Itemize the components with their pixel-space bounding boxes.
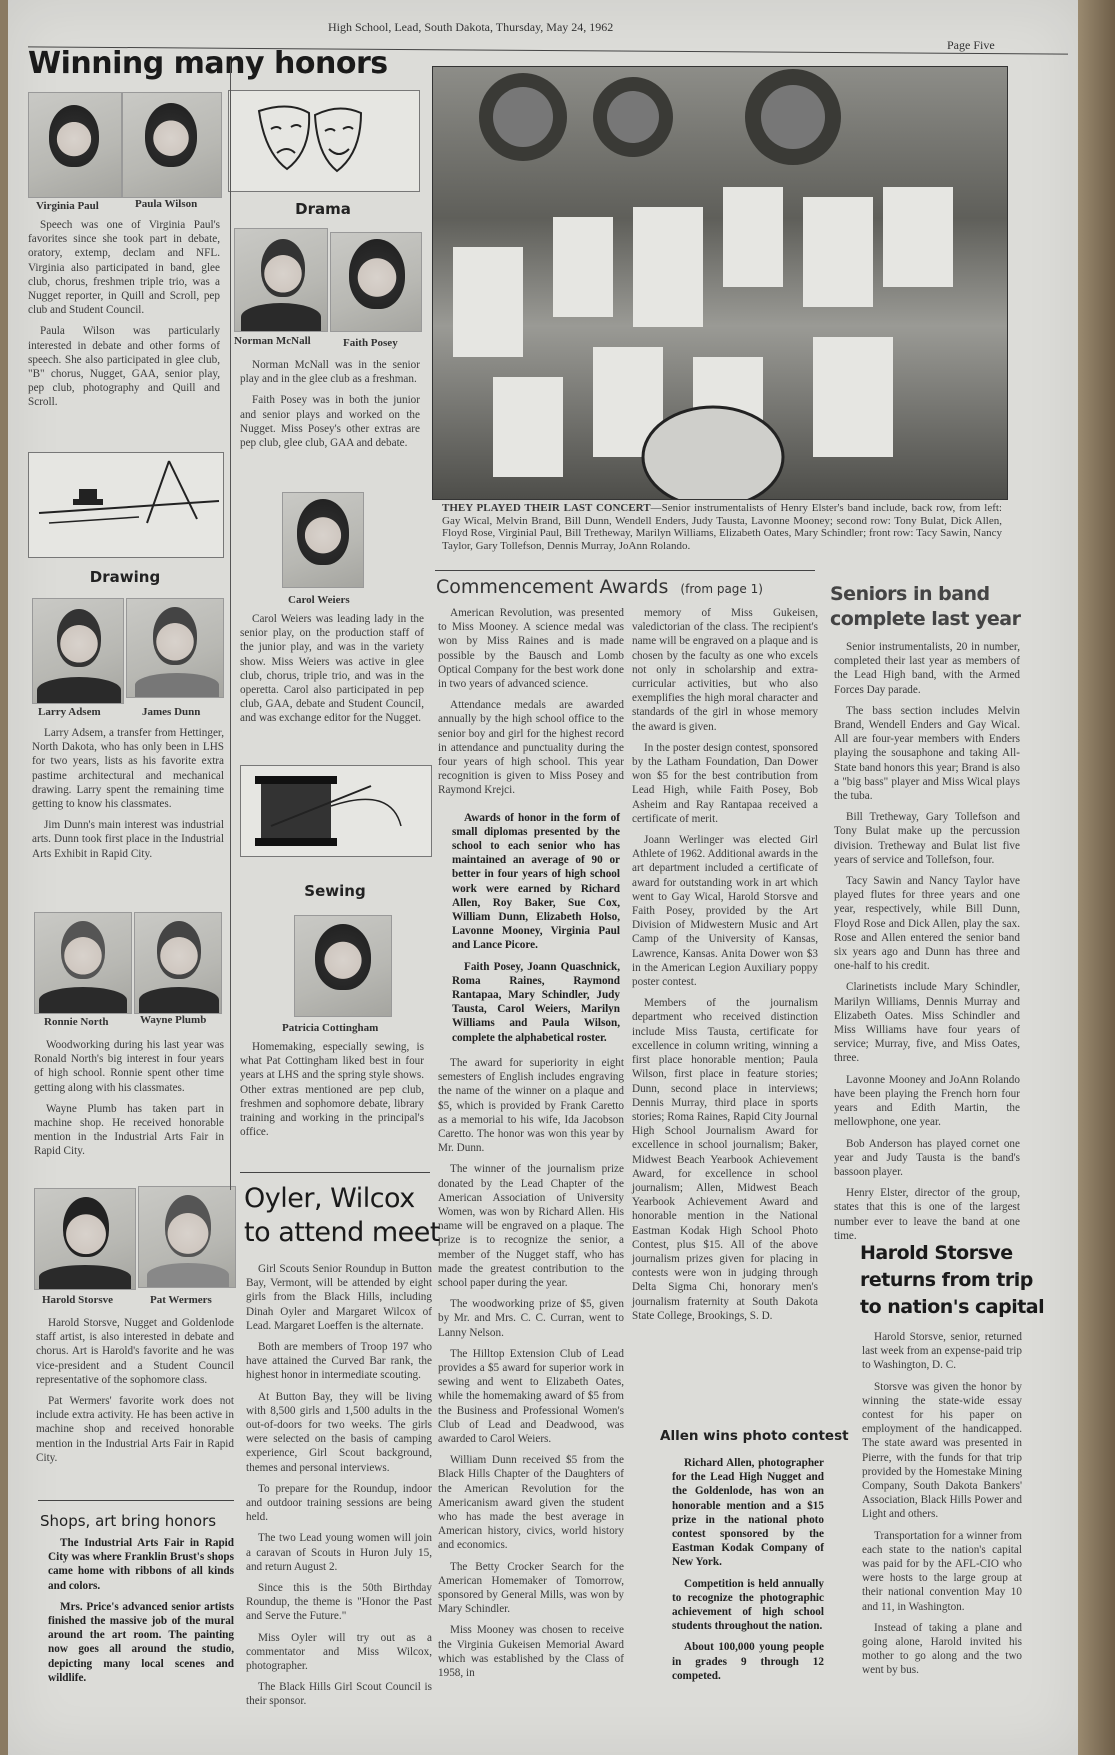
caption-james-dunn: James Dunn	[142, 706, 200, 718]
page-number: Page Five	[947, 38, 995, 53]
portrait-norman-mcnall	[234, 228, 328, 332]
portrait-pat-wermers	[138, 1186, 236, 1288]
caption-faith-posey: Faith Posey	[343, 337, 398, 349]
main-headline: Winning many honors	[28, 46, 388, 81]
seniors-band-article: Senior instrumentalists, 20 in number, c…	[834, 640, 1020, 1250]
portrait-harold-storsve	[34, 1188, 136, 1290]
caption-patricia-cottingham: Patricia Cottingham	[282, 1022, 378, 1034]
commencement-col2: memory of Miss Gukeisen, valedictorian o…	[632, 606, 818, 1330]
caption-wayne-plumb: Wayne Plumb	[140, 1014, 206, 1026]
spool-icon	[241, 766, 431, 856]
commencement-headline: Commencement Awards (from page 1)	[436, 576, 763, 598]
theater-masks-icon	[229, 91, 419, 191]
portrait-larry-adsem	[32, 598, 124, 704]
caption-harold-storsve: Harold Storsve	[42, 1294, 113, 1306]
drafting-tools-drawing	[28, 452, 224, 558]
dateline: High School, Lead, South Dakota, Thursda…	[328, 20, 613, 35]
shops-divider	[38, 1500, 234, 1501]
speech-article: Speech was one of Virginia Paul's favori…	[28, 218, 220, 417]
section-label-drawing: Drawing	[28, 568, 222, 586]
shops-article: The Industrial Arts Fair in Rapid City w…	[48, 1536, 234, 1692]
caption-virginia-paul: Virginia Paul	[36, 200, 99, 212]
carol-article: Carol Weiers was leading lady in the sen…	[240, 612, 424, 733]
portrait-ronnie-north	[34, 912, 132, 1014]
caption-ronnie-north: Ronnie North	[44, 1016, 108, 1028]
oyler-headline: Oyler, Wilcox to attend meet	[244, 1182, 440, 1250]
caption-pat-wermers: Pat Wermers	[150, 1294, 212, 1306]
storsve-article: Harold Storsve, senior, returned last we…	[862, 1330, 1022, 1685]
allen-headline: Allen wins photo contest	[660, 1428, 849, 1444]
seniors-band-headline: Seniors in band complete last year	[830, 582, 1021, 632]
band-members-photo-icon	[433, 67, 1007, 499]
portrait-patricia-cottingham	[294, 915, 392, 1017]
portrait-james-dunn	[126, 598, 224, 698]
drama-masks-drawing	[228, 90, 420, 192]
portrait-carol-weiers	[282, 492, 364, 588]
oyler-article: Girl Scouts Senior Roundup in Button Bay…	[246, 1262, 432, 1716]
portrait-paula-wilson	[122, 92, 222, 198]
portrait-wayne-plumb	[134, 912, 222, 1014]
drawing-article: Larry Adsem, a transfer from Hettinger, …	[32, 726, 224, 868]
column-divider	[230, 60, 231, 1190]
page-edge	[1078, 0, 1115, 1755]
band-photo	[432, 66, 1008, 500]
portrait-faith-posey	[330, 232, 422, 332]
commencement-col1: American Revolution, was presented to Mi…	[438, 606, 624, 1687]
caption-paula-wilson: Paula Wilson	[135, 198, 197, 210]
allen-article: Richard Allen, photographer for the Lead…	[672, 1456, 824, 1690]
caption-carol-weiers: Carol Weiers	[288, 594, 350, 606]
sewing-article: Homemaking, especially sewing, is what P…	[240, 1040, 424, 1146]
caption-norman-mcnall: Norman McNall	[234, 335, 311, 347]
section-label-sewing: Sewing	[240, 882, 430, 900]
honor-roll-box: Awards of honor in the form of small dip…	[438, 805, 624, 1056]
shops-headline: Shops, art bring honors	[40, 1512, 216, 1530]
storsve-headline: Harold Storsve returns from trip to nati…	[860, 1240, 1044, 1321]
band-photo-caption: THEY PLAYED THEIR LAST CONCERT—Senior in…	[442, 502, 1002, 552]
caption-larry-adsem: Larry Adsem	[38, 706, 101, 718]
spool-needle-drawing	[240, 765, 432, 857]
art-article: Harold Storsve, Nugget and Goldenlode st…	[36, 1316, 234, 1472]
portrait-virginia-paul	[28, 92, 122, 198]
section-label-drama: Drama	[228, 200, 418, 218]
woodwork-article: Woodworking during his last year was Ron…	[34, 1038, 224, 1166]
oyler-divider	[240, 1172, 430, 1173]
drama-article: Norman McNall was in the senior play and…	[240, 358, 420, 457]
caption-rule	[435, 570, 815, 571]
compass-icon	[29, 453, 223, 557]
